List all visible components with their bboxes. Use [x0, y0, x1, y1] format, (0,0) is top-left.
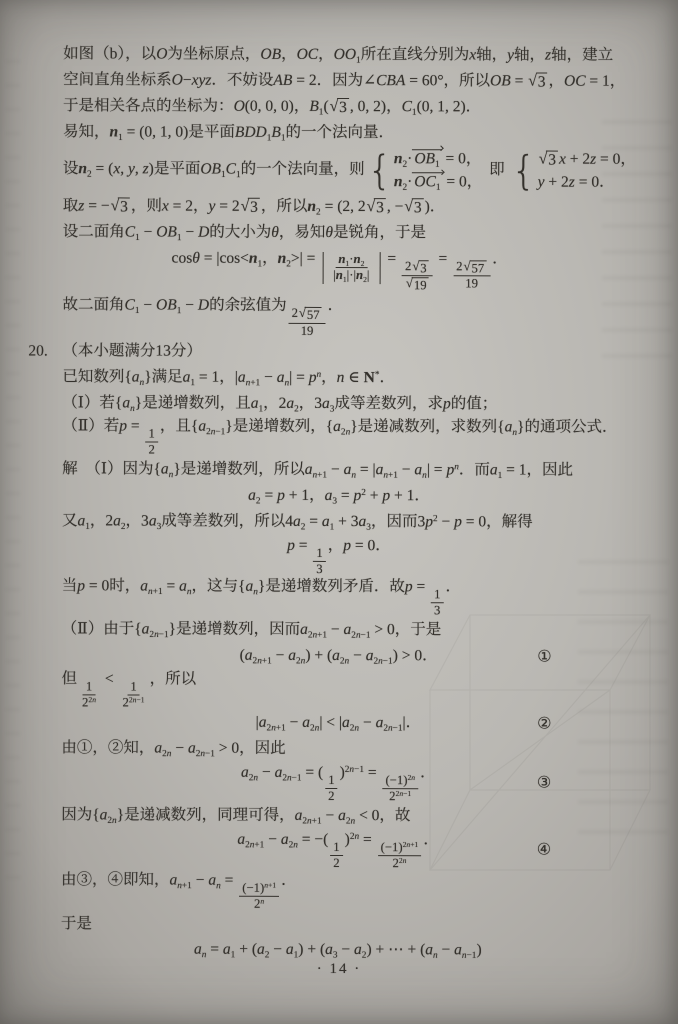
line-content: 设二面角C1 − OB1 − D的大小为θ，易知θ是锐角，于是 [63, 222, 426, 244]
line-content: a2n − a2n−1 = (12)2n−1 = (−1)2n22n−1． [241, 763, 436, 804]
scanned-page: 如图（b），以O为坐标原点，OB，OC，OO1所在直线分别为x轴，y轴，z轴，建… [0, 0, 678, 1024]
text-line: 但122n < 122n−1，所以 [0, 669, 678, 712]
text-line: 解 （Ⅰ）因为{an}是递增数列，所以an+1 − an = |an+1 − a… [0, 457, 678, 485]
line-content: （Ⅰ）若{an}是递增数列，且a1，2a2，3a3成等差数列，求p的值； [62, 393, 497, 415]
text-line: 设二面角C1 − OB1 − D的大小为θ，易知θ是锐角，于是 [1, 219, 678, 247]
problem-heading-line: 20.（本小题满分13分） [0, 338, 678, 366]
line-content: 由③，④即知，an+1 − an = (−1)n+12n． [61, 870, 297, 912]
document-content: 如图（b），以O为坐标原点，OB，OC，OO1所在直线分别为x轴，y轴，z轴，建… [0, 0, 678, 1024]
line-content: （Ⅱ）若p = 12，且{a2n−1}是递增数列，{a2n}是递减数列，求数列{… [62, 416, 617, 458]
text-line: 取z = −√3，则x = 2，y = 2√3，所以n2 = (2, 2√3, … [1, 193, 678, 221]
text-line: 易知，n1 = (0, 1, 0)是平面BDD1B1的一个法向量． [1, 119, 678, 147]
text-line: 由③，④即知，an+1 − an = (−1)n+12n． [0, 870, 677, 913]
line-content: 由①，②知，a2n − a2n−1 > 0，因此 [61, 739, 285, 760]
line-content: 空间直角坐标系O−xyz．不妨设AB = 2．因为∠CBA = 60°，所以OB… [63, 70, 625, 92]
system-brace: { [368, 151, 392, 189]
formula-line: p = 13，p = 0． [0, 535, 678, 578]
line-content: p = 13，p = 0． [287, 536, 391, 577]
text-line: 已知数列{an}满足a1 = 1，|an+1 − an| = pn，n ∈ N*… [0, 364, 678, 392]
line-content: |a2n+1 − a2n| < |a2n − a2n−1|． [256, 713, 422, 734]
system-brace: { [511, 152, 535, 190]
line-content: 又a1，2a2，3a3成等差数列，所以4a2 = a1 + 3a3，因而3p2 … [62, 512, 533, 534]
formula-line: a2n − a2n−1 = (12)2n−1 = (−1)2n22n−1．③ [0, 762, 677, 805]
line-content: 如图（b），以O为坐标原点，OB，OC，OO1所在直线分别为x轴，y轴，z轴，建… [63, 44, 613, 66]
formula-line: a2n+1 − a2n = −(12)2n = (−1)2n+122n．④ [0, 829, 677, 872]
line-content: a2 = p + 1，a3 = p2 + p + 1． [248, 486, 430, 507]
text-line: 空间直角坐标系O−xyz．不妨设AB = 2．因为∠CBA = 60°，所以OB… [1, 67, 678, 95]
page-number: · 14 · [0, 961, 678, 978]
line-content: 于是 [61, 914, 92, 933]
line-content: an = a1 + (a2 − a1) + (a3 − a2) + ⋯ + (a… [194, 940, 482, 962]
line-content: 易知，n1 = (0, 1, 0)是平面BDD1B1的一个法向量． [63, 122, 394, 144]
formula-line: (a2n+1 − a2n) + (a2n − a2n−1) > 0．① [0, 643, 678, 671]
text-line: 于是 [0, 911, 677, 939]
line-content: （Ⅱ）由于{a2n−1}是递增数列，因而a2n+1 − a2n−1 > 0，于是 [62, 620, 442, 642]
equation-tag: ④ [537, 841, 551, 861]
line-content: 设n2 = (x, y, z)是平面OB1C1的一个法向量，则{n2·OB1 =… [63, 146, 639, 194]
text-line: （Ⅱ）若p = 12，且{a2n−1}是递增数列，{a2n}是递减数列，求数列{… [0, 416, 678, 459]
line-content: a2n+1 − a2n = −(12)2n = (−1)2n+122n． [237, 829, 439, 870]
formula-line: |a2n+1 − a2n| < |a2n − a2n−1|．② [0, 710, 677, 738]
equation-tag: ② [537, 714, 551, 734]
line-content: (a2n+1 − a2n) + (a2n − a2n−1) > 0． [240, 646, 438, 667]
text-line: 由①，②知，a2n − a2n−1 > 0，因此 [0, 736, 677, 764]
equation-tag: ③ [537, 774, 551, 794]
text-line: （Ⅰ）若{an}是递增数列，且a1，2a2，3a3成等差数列，求p的值； [0, 390, 678, 418]
text-line: 因为{a2n}是递减数列，同理可得，a2n+1 − a2n < 0，故 [0, 803, 677, 831]
text-line: 当p = 0时，an+1 = an，这与{an}是递增数列矛盾．故p = 13． [0, 576, 678, 619]
text-line: 设n2 = (x, y, z)是平面OB1C1的一个法向量，则{n2·OB1 =… [1, 145, 678, 195]
line-content: 解 （Ⅰ）因为{an}是递增数列，所以an+1 − an = |an+1 − a… [62, 460, 573, 482]
line-content: （本小题满分13分） [62, 342, 202, 362]
line-content: 故二面角C1 − OB1 − D的余弦值为2√5719． [62, 295, 343, 339]
line-content: 已知数列{an}满足a1 = 1，|an+1 − an| = pn，n ∈ N*… [62, 367, 395, 389]
formula-line: a2 = p + 1，a3 = p2 + p + 1． [0, 483, 678, 511]
text-line: 如图（b），以O为坐标原点，OB，OC，OO1所在直线分别为x轴，y轴，z轴，建… [1, 41, 678, 69]
equation-tag: ① [537, 647, 551, 667]
line-content: cosθ = |cos<n1，n2>| = n1·n2|n1|·|n2| = 2… [171, 248, 507, 294]
problem-number: 20. [28, 341, 47, 360]
line-content: 当p = 0时，an+1 = an，这与{an}是递增数列矛盾．故p = 13． [62, 576, 461, 618]
line-content: 因为{a2n}是递减数列，同理可得，a2n+1 − a2n < 0，故 [61, 806, 410, 828]
line-content: 但122n < 122n−1，所以 [61, 669, 196, 710]
text-line: 又a1，2a2，3a3成等差数列，所以4a2 = a1 + 3a3，因而3p2 … [0, 509, 678, 537]
line-content: 取z = −√3，则x = 2，y = 2√3，所以n2 = (2, 2√3, … [63, 196, 446, 218]
formula-line: cosθ = |cos<n1，n2>| = n1·n2|n1|·|n2| = 2… [1, 245, 678, 297]
line-content: 于是相关各点的坐标为：O(0, 0, 0)，B1(√3, 0, 2)，C1(0,… [63, 96, 481, 118]
text-line: （Ⅱ）由于{a2n−1}是递增数列，因而a2n+1 − a2n−1 > 0，于是 [0, 617, 678, 645]
text-line: 故二面角C1 − OB1 − D的余弦值为2√5719． [0, 295, 678, 340]
text-line: 于是相关各点的坐标为：O(0, 0, 0)，B1(√3, 0, 2)，C1(0,… [1, 93, 678, 121]
